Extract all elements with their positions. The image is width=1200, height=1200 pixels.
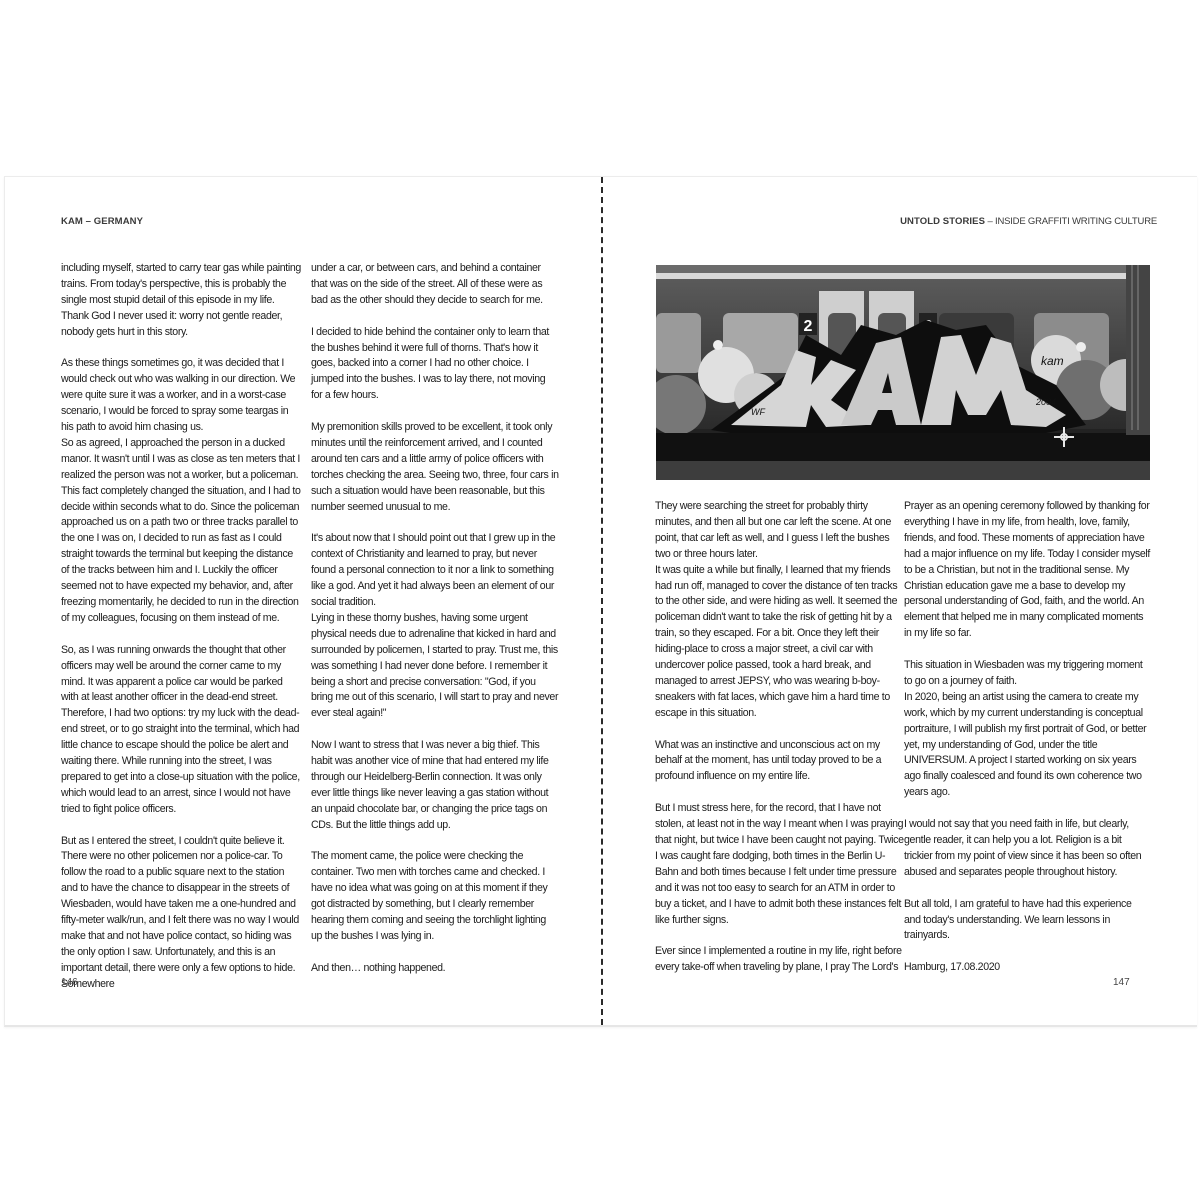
paragraph: In 2020, being an artist using the camer… bbox=[904, 690, 1150, 801]
left-column-1: including myself, started to carry tear … bbox=[61, 261, 301, 1009]
paragraph: But all told, I am grateful to have had … bbox=[904, 897, 1150, 945]
paragraph: It was quite a while but finally, I lear… bbox=[655, 563, 905, 722]
running-head-left: KAM – GERMANY bbox=[61, 216, 143, 227]
paragraph: including myself, started to carry tear … bbox=[61, 261, 301, 341]
paragraph: under a car, or between cars, and behind… bbox=[311, 261, 559, 309]
paragraph: My premonition skills proved to be excel… bbox=[311, 420, 559, 515]
running-head-right: UNTOLD STORIES – INSIDE GRAFFITI WRITING… bbox=[900, 216, 1157, 227]
paragraph: So as agreed, I approached the person in… bbox=[61, 436, 301, 627]
paragraph: Prayer as an opening ceremony followed b… bbox=[904, 499, 1150, 642]
page-number-left: 146 bbox=[61, 977, 78, 988]
paragraph: But as I entered the street, I couldn't … bbox=[61, 834, 301, 993]
paragraph: The moment came, the police were checkin… bbox=[311, 849, 559, 944]
paragraph: It's about now that I should point out t… bbox=[311, 531, 559, 611]
paragraph: I decided to hide behind the container o… bbox=[311, 325, 559, 405]
paragraph: Lying in these thorny bushes, having som… bbox=[311, 611, 559, 722]
right-column-2: Prayer as an opening ceremony followed b… bbox=[904, 499, 1150, 992]
svg-text:2: 2 bbox=[804, 318, 813, 335]
paragraph: As these things sometimes go, it was dec… bbox=[61, 356, 301, 436]
svg-text:WF: WF bbox=[751, 407, 765, 417]
book-spread: KAM – GERMANY including myself, started … bbox=[4, 176, 1197, 1027]
paragraph: I would not say that you need faith in l… bbox=[904, 817, 1150, 881]
paragraph: Ever since I implemented a routine in my… bbox=[655, 944, 905, 976]
right-column-1: They were searching the street for proba… bbox=[655, 499, 905, 992]
svg-text:kam: kam bbox=[1041, 354, 1064, 368]
running-head-subtitle: – INSIDE GRAFFITI WRITING CULTURE bbox=[985, 216, 1157, 227]
paragraph: What was an instinctive and unconscious … bbox=[655, 738, 905, 786]
paragraph: They were searching the street for proba… bbox=[655, 499, 905, 563]
paragraph: Now I want to stress that I was never a … bbox=[311, 738, 559, 833]
paragraph: This situation in Wiesbaden was my trigg… bbox=[904, 658, 1150, 690]
page-fold-divider bbox=[601, 177, 603, 1025]
page-number-right: 147 bbox=[1113, 977, 1130, 988]
graffiti-train-photo: 2 2 kam 2004 WF bbox=[656, 265, 1150, 480]
paragraph: But I must stress here, for the record, … bbox=[655, 801, 905, 928]
dateline: Hamburg, 17.08.2020 bbox=[904, 960, 1150, 976]
left-column-2: under a car, or between cars, and behind… bbox=[311, 261, 559, 993]
running-head-title: UNTOLD STORIES bbox=[900, 216, 985, 227]
svg-text:2004: 2004 bbox=[1035, 397, 1056, 407]
paragraph: So, as I was running onwards the thought… bbox=[61, 643, 301, 818]
paragraph: And then… nothing happened. bbox=[311, 961, 559, 977]
